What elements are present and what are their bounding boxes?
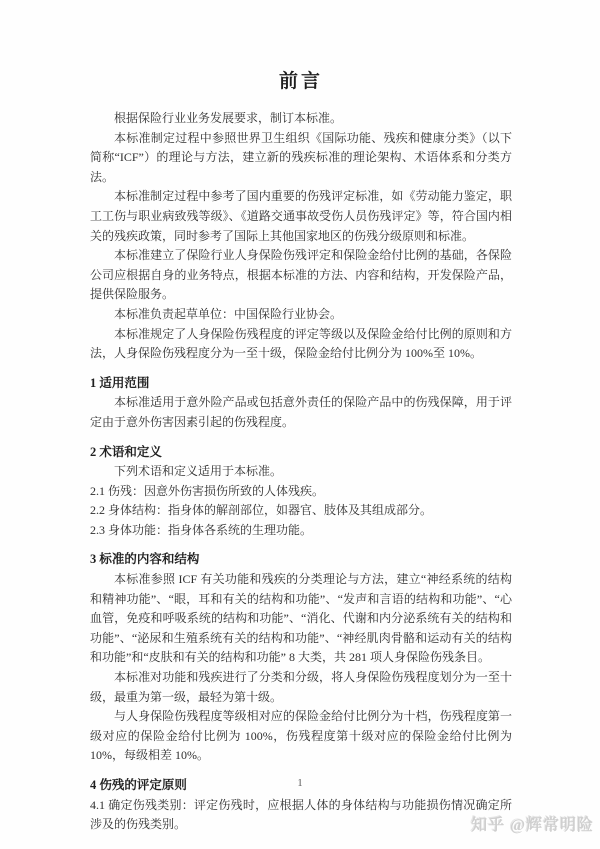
section-paragraph: 下列术语和定义适用于本标准。 (90, 462, 512, 482)
preface-paragraph: 根据保险行业业务发展要求，制订本标准。 (90, 109, 512, 129)
zhihu-watermark: 知乎 @辉常明险 (471, 812, 594, 835)
preface-paragraph: 本标准制定过程中参考了国内重要的伤残评定标准，如《劳动能力鉴定，职工工伤与职业病… (90, 187, 512, 246)
section-heading-terms: 2 术语和定义 (90, 443, 512, 463)
section-heading-scope: 1 适用范围 (90, 374, 512, 394)
section-paragraph: 本标准对功能和残疾进行了分类和分级，将人身保险伤残程度划分为一至十级，最重为第一… (90, 668, 512, 707)
preface-paragraph: 本标准建立了保险行业人身保险伤残评定和保险金给付比例的基础，各保险公司应根据自身… (90, 246, 512, 305)
term-definition-item: 2.2 身体结构：指身体的解剖部位，如器官、肢体及其组成部分。 (90, 501, 512, 521)
preface-paragraph: 本标准规定了人身保险伤残程度的评定等级以及保险金给付比例的原则和方法，人身保险伤… (90, 325, 512, 364)
section-heading-structure: 3 标准的内容和结构 (90, 550, 512, 570)
page-title: 前言 (90, 66, 512, 93)
section-paragraph: 与人身保险伤残程度等级相对应的保险金给付比例分为十档，伤残程度第一级对应的保险金… (90, 707, 512, 766)
document-body: 根据保险行业业务发展要求，制订本标准。 本标准制定过程中参照世界卫生组织《国际功… (90, 109, 512, 835)
preface-paragraph: 本标准负责起草单位：中国保险行业协会。 (90, 305, 512, 325)
page-number: 1 (0, 778, 600, 789)
document-page: 前言 根据保险行业业务发展要求，制订本标准。 本标准制定过程中参照世界卫生组织《… (0, 0, 600, 849)
term-definition-item: 2.1 伤残：因意外伤害损伤所致的人体残疾。 (90, 482, 512, 502)
term-definition-item: 2.3 身体功能：指身体各系统的生理功能。 (90, 521, 512, 541)
principle-item: 4.1 确定伤残类别：评定伤残时，应根据人体的身体结构与功能损伤情况确定所涉及的… (90, 796, 512, 835)
document-content: 前言 根据保险行业业务发展要求，制订本标准。 本标准制定过程中参照世界卫生组织《… (90, 66, 512, 835)
section-paragraph: 本标准参照 ICF 有关功能和残疾的分类理论与方法，建立“神经系统的结构和精神功… (90, 570, 512, 668)
preface-paragraph: 本标准制定过程中参照世界卫生组织《国际功能、残疾和健康分类》（以下简称“ICF”… (90, 129, 512, 188)
section-paragraph: 本标准适用于意外险产品或包括意外责任的保险产品中的伤残保障，用于评定由于意外伤害… (90, 393, 512, 432)
